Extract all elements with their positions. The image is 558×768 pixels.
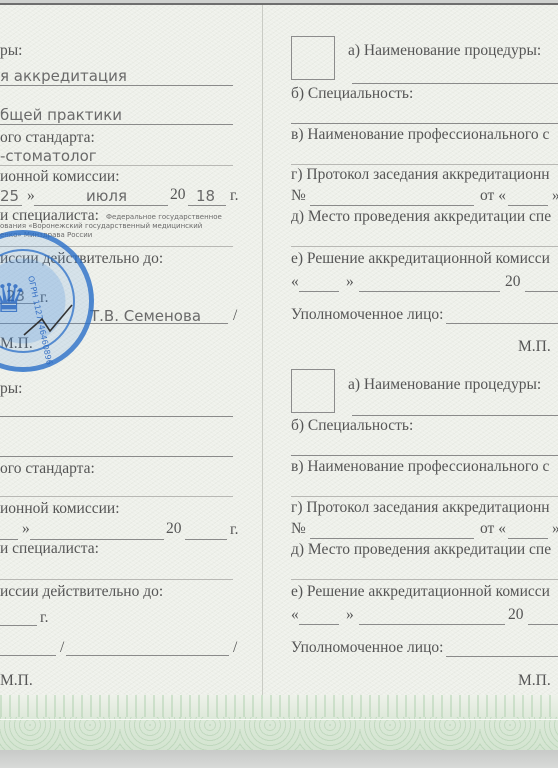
year-unit: г. <box>230 521 238 539</box>
authorized-label: Уполномоченное лицо: <box>291 306 443 324</box>
specialty-value: бщей практики <box>0 106 122 124</box>
commission-month: июля <box>86 187 127 205</box>
valid-year-unit: г. <box>40 609 48 627</box>
authorized-line <box>446 656 558 657</box>
year-prefix: 20 <box>170 186 186 204</box>
slash: / <box>60 639 64 657</box>
standard-line <box>0 165 233 166</box>
from-label: от « <box>480 187 506 205</box>
year-line <box>185 539 227 540</box>
protocol-label: г) Протокол заседания аккредитационн <box>291 166 550 184</box>
page-fold-divider <box>262 5 263 752</box>
authorized-line <box>446 323 558 324</box>
seal-label: М.П. <box>0 672 33 690</box>
standard-label: в) Наименование профессионального с <box>291 458 549 476</box>
day-line <box>299 624 339 625</box>
specialty-line <box>291 455 558 456</box>
procedure-label: а) Наименование процедуры: <box>348 42 541 60</box>
standard-line <box>291 164 558 165</box>
from-day-line <box>508 538 548 539</box>
slash: / <box>233 307 237 325</box>
year-prefix: 20 <box>166 520 182 538</box>
decision-label: е) Решение аккредитационной комисси <box>291 250 550 268</box>
specialty-line <box>291 123 558 124</box>
procedure-label: ры: <box>0 42 22 60</box>
specialty-label: б) Специальность: <box>291 417 413 435</box>
place-label: и специалиста: <box>0 540 99 558</box>
month-line <box>359 624 505 625</box>
decision-label: е) Решение аккредитационной комисси <box>291 583 550 601</box>
commission-year: 18 <box>196 187 215 205</box>
year-unit: г. <box>230 187 238 205</box>
slash: / <box>233 639 237 657</box>
month-line <box>34 205 168 206</box>
from-day-line <box>508 205 548 206</box>
from-close: » <box>552 187 558 205</box>
signature-line <box>0 655 56 656</box>
place-line <box>291 579 558 580</box>
day-line <box>299 291 339 292</box>
commission-label: ионной комиссии: <box>0 168 120 186</box>
year-line <box>528 624 558 625</box>
standard-line <box>0 496 233 497</box>
year-prefix: 20 <box>505 273 521 291</box>
place-value-1: Федеральное государственное <box>106 213 222 222</box>
commission-label: ионной комиссии: <box>0 500 120 518</box>
from-close: » <box>552 520 558 538</box>
procedure-label: а) Наименование процедуры: <box>348 376 541 394</box>
year-line <box>525 291 558 292</box>
place-line <box>291 246 558 247</box>
year-line <box>188 205 226 206</box>
place-label: д) Место проведения аккредитации спе <box>291 208 551 226</box>
standard-label: в) Наименование профессионального с <box>291 126 549 144</box>
procedure-checkbox[interactable] <box>291 369 335 413</box>
valid-year-line <box>0 625 37 626</box>
place-label: д) Место проведения аккредитации спе <box>291 541 551 559</box>
day-line <box>0 205 22 206</box>
quote-open: « <box>291 273 299 291</box>
place-line <box>0 579 233 580</box>
number-sign: № <box>291 520 306 538</box>
quote-close: » <box>22 520 30 538</box>
standard-label: ого стандарта: <box>0 129 95 147</box>
procedure-line <box>0 85 233 86</box>
procedure-checkbox[interactable] <box>291 36 335 80</box>
signature-mark <box>22 301 82 341</box>
procedure-value: я аккредитация <box>0 67 127 85</box>
protocol-label: г) Протокол заседания аккредитационн <box>291 499 550 517</box>
specialty-line <box>0 456 233 457</box>
procedure-line <box>352 415 558 416</box>
name-line <box>66 655 229 656</box>
month-line <box>359 291 500 292</box>
number-line <box>310 205 474 206</box>
guilloche-border <box>0 695 558 752</box>
place-value-2: ования «Воронежский государственный меди… <box>0 222 202 231</box>
number-line <box>310 538 474 539</box>
procedure-line <box>0 416 233 417</box>
accreditation-document: ры: я аккредитация бщей практики ого ста… <box>0 3 558 752</box>
standard-label: ого стандарта: <box>0 460 95 478</box>
specialty-label: б) Специальность: <box>291 85 413 103</box>
procedure-line <box>352 83 558 84</box>
standard-value: -стоматолог <box>0 147 97 165</box>
quote-close: » <box>27 187 35 205</box>
standard-line <box>291 496 558 497</box>
quote-close: » <box>346 606 354 624</box>
seal-label: М.П. <box>518 672 551 690</box>
quote-open: « <box>291 606 299 624</box>
specialty-line <box>0 124 233 125</box>
quote-close: » <box>346 273 354 291</box>
commission-day: 25 <box>0 187 19 205</box>
authorized-label: Уполномоченное лицо: <box>291 639 443 657</box>
number-sign: № <box>291 187 306 205</box>
procedure-label: ры: <box>0 380 22 398</box>
from-label: от « <box>480 520 506 538</box>
year-prefix: 20 <box>508 606 524 624</box>
seal-label: М.П. <box>518 338 551 356</box>
valid-label: иссии действительно до: <box>0 583 163 601</box>
scan-background <box>0 750 558 768</box>
